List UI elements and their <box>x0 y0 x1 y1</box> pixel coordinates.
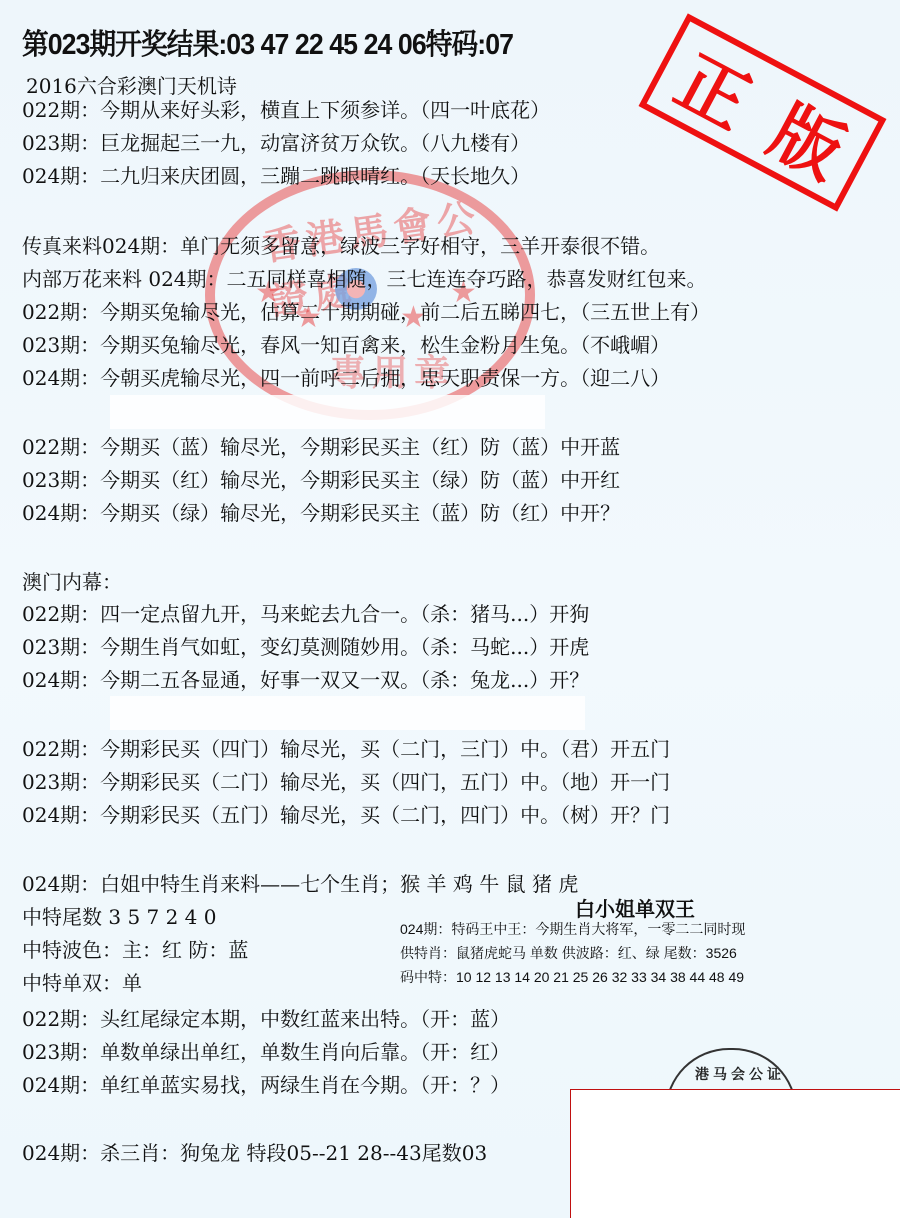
stamp-char-zheng: 正 <box>661 26 770 148</box>
macau-line-024: 024期：今期二五各显通，好事一双又一双。（杀：兔龙...）开？ <box>22 664 589 693</box>
blank-strip <box>110 395 545 429</box>
door-line-024: 024期：今期彩民买（五门）输尽光，买（二门，四门）中。（树）开？门 <box>22 799 670 828</box>
half-seal-text: 港马会公证 <box>695 1064 785 1084</box>
baijie-zodiac-line: 024期：白姐中特生肖来料——七个生肖；猴 羊 鸡 牛 鼠 猪 虎 <box>22 868 578 897</box>
poem-line-022: 022期：今期从来好头彩，横直上下须参详。（四一叶底花） <box>22 94 550 123</box>
blank-overlay-box <box>570 1089 900 1218</box>
headtail-line-022: 022期：头红尾绿定本期，中数红蓝来出特。（开：蓝） <box>22 1003 510 1032</box>
macau-heading: 澳门内幕： <box>22 566 122 595</box>
kill-three-zodiac-line: 024期：杀三肖：狗兔龙 特段05--21 28--43尾数03 <box>22 1137 487 1166</box>
color-line-022: 022期：今期买（蓝）输尽光，今期彩民买主（红）防（蓝）中开蓝 <box>22 431 620 460</box>
color-line-024: 024期：今期买（绿）输尽光，今期彩民买主（蓝）防（红）中开？ <box>22 497 620 526</box>
door-line-023: 023期：今期彩民买（二门）输尽光，买（四门，五门）中。（地）开一门 <box>22 766 670 795</box>
tiger-line-024: 024期：今朝买虎输尽光，四一前呼二后拥，忠天职责保一方。（迎二八） <box>22 362 670 391</box>
tail-numbers: 中特尾数 3 5 7 2 4 0 <box>22 901 217 930</box>
supply-line: 供特肖：鼠猪虎蛇马 单数 供波路：红、绿 尾数：3526 <box>400 943 737 963</box>
draw-result-title: 第023期开奖结果:03 47 22 45 24 06特码:07 <box>22 22 513 63</box>
macau-line-022: 022期：四一定点留九开，马来蛇去九合一。（杀：猪马...）开狗 <box>22 598 589 627</box>
stamp-char-ban: 版 <box>755 76 864 198</box>
door-line-022: 022期：今期彩民买（四门）输尽光，买（二门，三门）中。（君）开五门 <box>22 733 670 762</box>
poem-line-023: 023期：巨龙掘起三一九，动富济贫万众钦。（八九楼有） <box>22 127 530 156</box>
color-line-023: 023期：今期买（红）输尽光，今期彩民买主（绿）防（蓝）中开红 <box>22 464 620 493</box>
headtail-line-023: 023期：单数单绿出单红，单数生肖向后靠。（开：红） <box>22 1036 510 1065</box>
odd-even: 中特单双：单 <box>22 967 142 996</box>
wave-color: 中特波色：主：红 防：蓝 <box>22 934 248 963</box>
king-line: 024期：特码王中王：今期生肖大将军，一零二二同时现 <box>400 919 745 939</box>
inside-flower-line: 内部万花来料 024期：二五同样喜相随，三七连连夺巧路，恭喜发财红包来。 <box>22 263 707 292</box>
rabbit-line-022: 022期：今期买兔输尽光，估算二十期期碰，前二后五睇四七，（三五世上有） <box>22 296 710 325</box>
poem-line-024: 024期：二九归来庆团圆，三蹦二跳眼晴红。（天长地久） <box>22 160 530 189</box>
single-double-king-title: 白小姐单双王 <box>575 893 695 922</box>
numbers-line: 码中特：10 12 13 14 20 21 25 26 32 33 34 38 … <box>400 967 744 987</box>
authentic-edition-stamp: 正 版 <box>639 13 887 211</box>
headtail-line-024: 024期：单红单蓝实易找，两绿生肖在今期。（开：？） <box>22 1069 510 1098</box>
blank-strip <box>110 696 585 730</box>
fax-line: 传真来料024期：单门无须多留意，绿波三字好相守，三羊开泰很不错。 <box>22 230 660 259</box>
rabbit-line-023: 023期：今期买兔输尽光，春风一知百禽来，松生金粉月生兔。（不峨嵋） <box>22 329 670 358</box>
macau-line-023: 023期：今期生肖气如虹，变幻莫测随妙用。（杀：马蛇...）开虎 <box>22 631 589 660</box>
